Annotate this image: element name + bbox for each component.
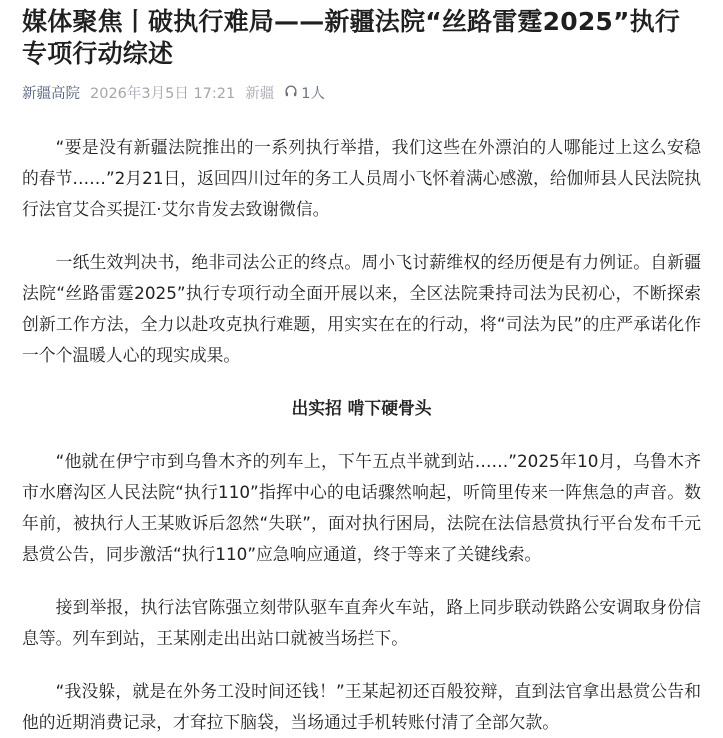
- paragraph: “要是没有新疆法院推出的一系列执行举措，我们这些在外漂泊的人哪能过上这么安稳的春…: [22, 132, 701, 225]
- paragraph: 接到举报，执行法官陈强立刻带队驱车直奔火车站，路上同步联动铁路公安调取身份信息等…: [22, 592, 701, 654]
- headphones-icon: [284, 84, 301, 104]
- listen-count[interactable]: 1人: [284, 84, 325, 104]
- article-title: 媒体聚焦丨破执行难局——新疆法院“丝路雷霆2025”执行专项行动综述: [22, 6, 701, 70]
- source-link[interactable]: 新疆高院: [22, 84, 80, 104]
- region-label: 新疆: [245, 84, 274, 104]
- paragraph: “我没躲，就是在外务工没时间还钱！”王某起初还百般狡辩，直到法官拿出悬赏公告和他…: [22, 676, 701, 738]
- section-subheading: 出实招 啃下硬骨头: [22, 393, 701, 424]
- publish-time: 2026年3月5日 17:21: [90, 84, 235, 104]
- article-meta: 新疆高院 2026年3月5日 17:21 新疆 1人: [22, 84, 701, 104]
- article-body: “要是没有新疆法院推出的一系列执行举措，我们这些在外漂泊的人哪能过上这么安稳的春…: [22, 132, 701, 738]
- paragraph: “他就在伊宁市到乌鲁木齐的列车上，下午五点半就到站……”2025年10月，乌鲁木…: [22, 446, 701, 570]
- article: 媒体聚焦丨破执行难局——新疆法院“丝路雷霆2025”执行专项行动综述 新疆高院 …: [0, 0, 723, 738]
- listener-count: 1人: [301, 84, 325, 104]
- paragraph: 一纸生效判决书，绝非司法公正的终点。周小飞讨薪维权的经历便是有力例证。自新疆法院…: [22, 247, 701, 371]
